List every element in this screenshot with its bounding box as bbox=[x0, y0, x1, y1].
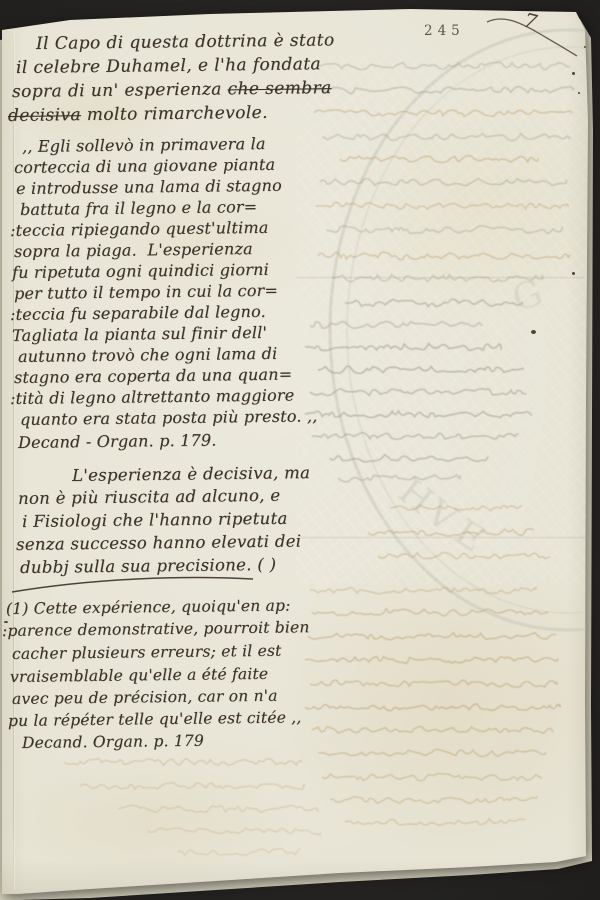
ink-speck bbox=[531, 330, 536, 334]
ink-speck bbox=[4, 621, 8, 623]
ink-speck bbox=[584, 46, 586, 48]
ink-speck bbox=[572, 272, 575, 275]
photo-backdrop: G H V E 245 7 Il Capo di questa dottrina… bbox=[0, 0, 600, 900]
manuscript-page: G H V E 245 7 Il Capo di questa dottrina… bbox=[0, 0, 600, 900]
ink-speck bbox=[572, 72, 575, 75]
ink-speck bbox=[578, 92, 580, 94]
paper-wrap: G H V E 245 7 Il Capo di questa dottrina… bbox=[0, 0, 600, 900]
footnote-divider bbox=[0, 0, 600, 900]
